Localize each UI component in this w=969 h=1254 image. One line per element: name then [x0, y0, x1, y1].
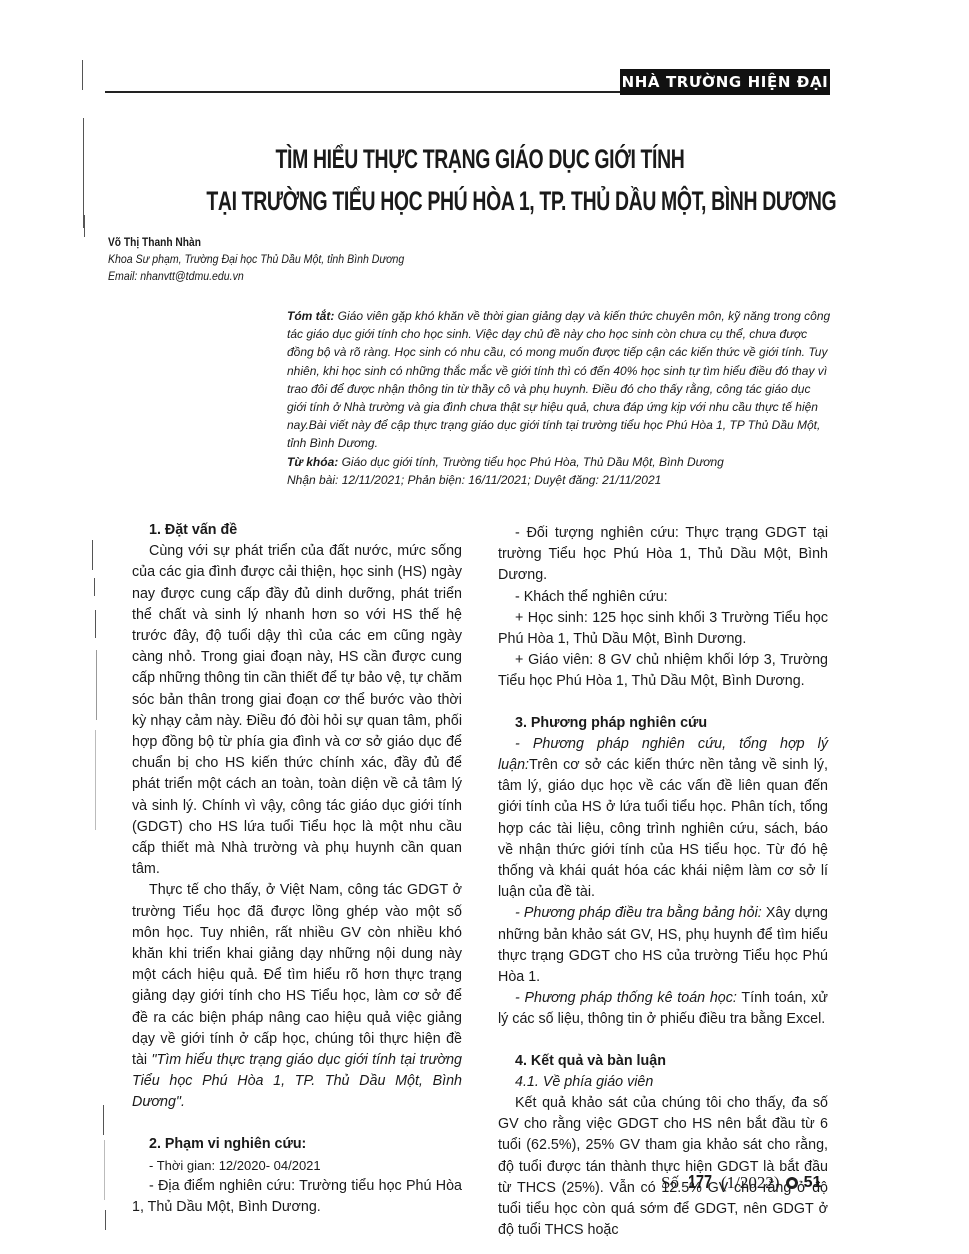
list-item: - Thời gian: 12/2020- 04/2021 — [132, 1155, 462, 1176]
abstract-text: Giáo viên gặp khó khăn về thời gian giản… — [287, 309, 830, 450]
scan-margin-mark — [95, 610, 96, 638]
scan-margin-mark — [92, 540, 93, 570]
scan-margin-mark — [96, 650, 97, 720]
author-affiliation: Khoa Sư phạm, Trường Đại học Thủ Dầu Một… — [108, 251, 404, 268]
keywords-label: Từ khóa: — [287, 455, 338, 469]
list-item: + Học sinh: 125 học sinh khối 3 Trường T… — [498, 608, 828, 650]
issue-number: 177 — [688, 1172, 712, 1193]
right-column: - Đối tượng nghiên cứu: Thực trạng GDGT … — [498, 523, 828, 1242]
author-block: Võ Thị Thanh Nhàn Khoa Sư phạm, Trường Đ… — [108, 234, 445, 285]
paragraph: - Phương pháp điều tra bằng bảng hỏi: Xâ… — [498, 903, 828, 988]
scan-margin-mark — [105, 1210, 106, 1230]
keywords-text: Giáo dục giới tính, Trường tiểu học Phú … — [338, 455, 724, 469]
abstract-block: Tóm tắt: Giáo viên gặp khó khăn về thời … — [287, 307, 832, 489]
scan-margin-mark — [84, 215, 85, 237]
list-item: - Địa điểm nghiên cứu: Trường tiểu học P… — [132, 1176, 462, 1218]
subsection-heading: 4.1. Về phía giáo viên — [498, 1072, 828, 1093]
title-line-1: TÌM HIỂU THỰC TRẠNG GIÁO DỤC GIỚI TÍNH — [206, 138, 753, 180]
section-tag: NHÀ TRƯỜNG HIỆN ĐẠI — [620, 69, 830, 95]
list-item: - Khách thể nghiên cứu: — [498, 587, 828, 608]
scan-margin-mark — [95, 730, 96, 830]
spacer — [498, 1031, 828, 1051]
header-rule — [105, 91, 620, 93]
scan-margin-mark — [104, 1140, 105, 1200]
abstract: Tóm tắt: Giáo viên gặp khó khăn về thời … — [287, 307, 832, 453]
paragraph-text: Thực tế cho thấy, ở Việt Nam, công tác G… — [132, 882, 462, 1068]
list-item: - Đối tượng nghiên cứu: Thực trạng GDGT … — [498, 523, 828, 587]
bullet-icon — [786, 1177, 798, 1189]
paragraph: Thực tế cho thấy, ở Việt Nam, công tác G… — [132, 880, 462, 1113]
scan-margin-mark — [83, 118, 84, 228]
list-item: + Giáo viên: 8 GV chủ nhiệm khối lớp 3, … — [498, 650, 828, 692]
paragraph: Cùng với sự phát triển của đất nước, mức… — [132, 541, 462, 880]
method-label: - Phương pháp điều tra bằng bảng hỏi: — [515, 905, 762, 921]
page-footer: Số 177 (1/2022) 51 — [661, 1172, 821, 1193]
section-heading-2: 2. Phạm vi nghiên cứu: — [132, 1134, 462, 1155]
scan-margin-mark — [82, 60, 83, 90]
page-number: 51 — [804, 1174, 822, 1192]
issue-prefix: Số — [661, 1173, 679, 1193]
scan-margin-mark — [103, 1105, 104, 1135]
paragraph: - Phương pháp nghiên cứu, tổng hợp lý lu… — [498, 734, 828, 904]
author-name: Võ Thị Thanh Nhàn — [108, 234, 394, 251]
abstract-label: Tóm tắt: — [287, 309, 334, 323]
title-line-2: TẠI TRƯỜNG TIỂU HỌC PHÚ HÒA 1, TP. THỦ D… — [206, 180, 753, 222]
section-heading-4: 4. Kết quả và bàn luận — [498, 1051, 828, 1072]
left-column: 1. Đặt vấn đề Cùng với sự phát triển của… — [132, 520, 462, 1219]
paragraph-quote: "Tìm hiểu thực trạng giáo dục giới tính … — [132, 1052, 462, 1110]
method-text: Trên cơ sở các kiến thức nền tảng về sin… — [498, 757, 828, 900]
method-label: - Phương pháp thống kê toán học: — [515, 990, 737, 1006]
article-dates: Nhận bài: 12/11/2021; Phản biện: 16/11/2… — [287, 471, 832, 489]
scan-margin-mark — [94, 578, 95, 596]
keywords: Từ khóa: Giáo dục giới tính, Trường tiểu… — [287, 453, 832, 471]
section-heading-3: 3. Phương pháp nghiên cứu — [498, 713, 828, 734]
paragraph: - Phương pháp thống kê toán học: Tính to… — [498, 988, 828, 1030]
spacer — [498, 693, 828, 713]
paragraph: Kết quả khảo sát của chúng tôi cho thấy,… — [498, 1093, 828, 1241]
article-title: TÌM HIỂU THỰC TRẠNG GIÁO DỤC GIỚI TÍNH T… — [206, 138, 753, 222]
author-email: Email: nhanvtt@tdmu.edu.vn — [108, 268, 404, 285]
issue-date: (1/2022) — [721, 1173, 780, 1193]
spacer — [132, 1114, 462, 1134]
section-heading-1: 1. Đặt vấn đề — [132, 520, 462, 541]
